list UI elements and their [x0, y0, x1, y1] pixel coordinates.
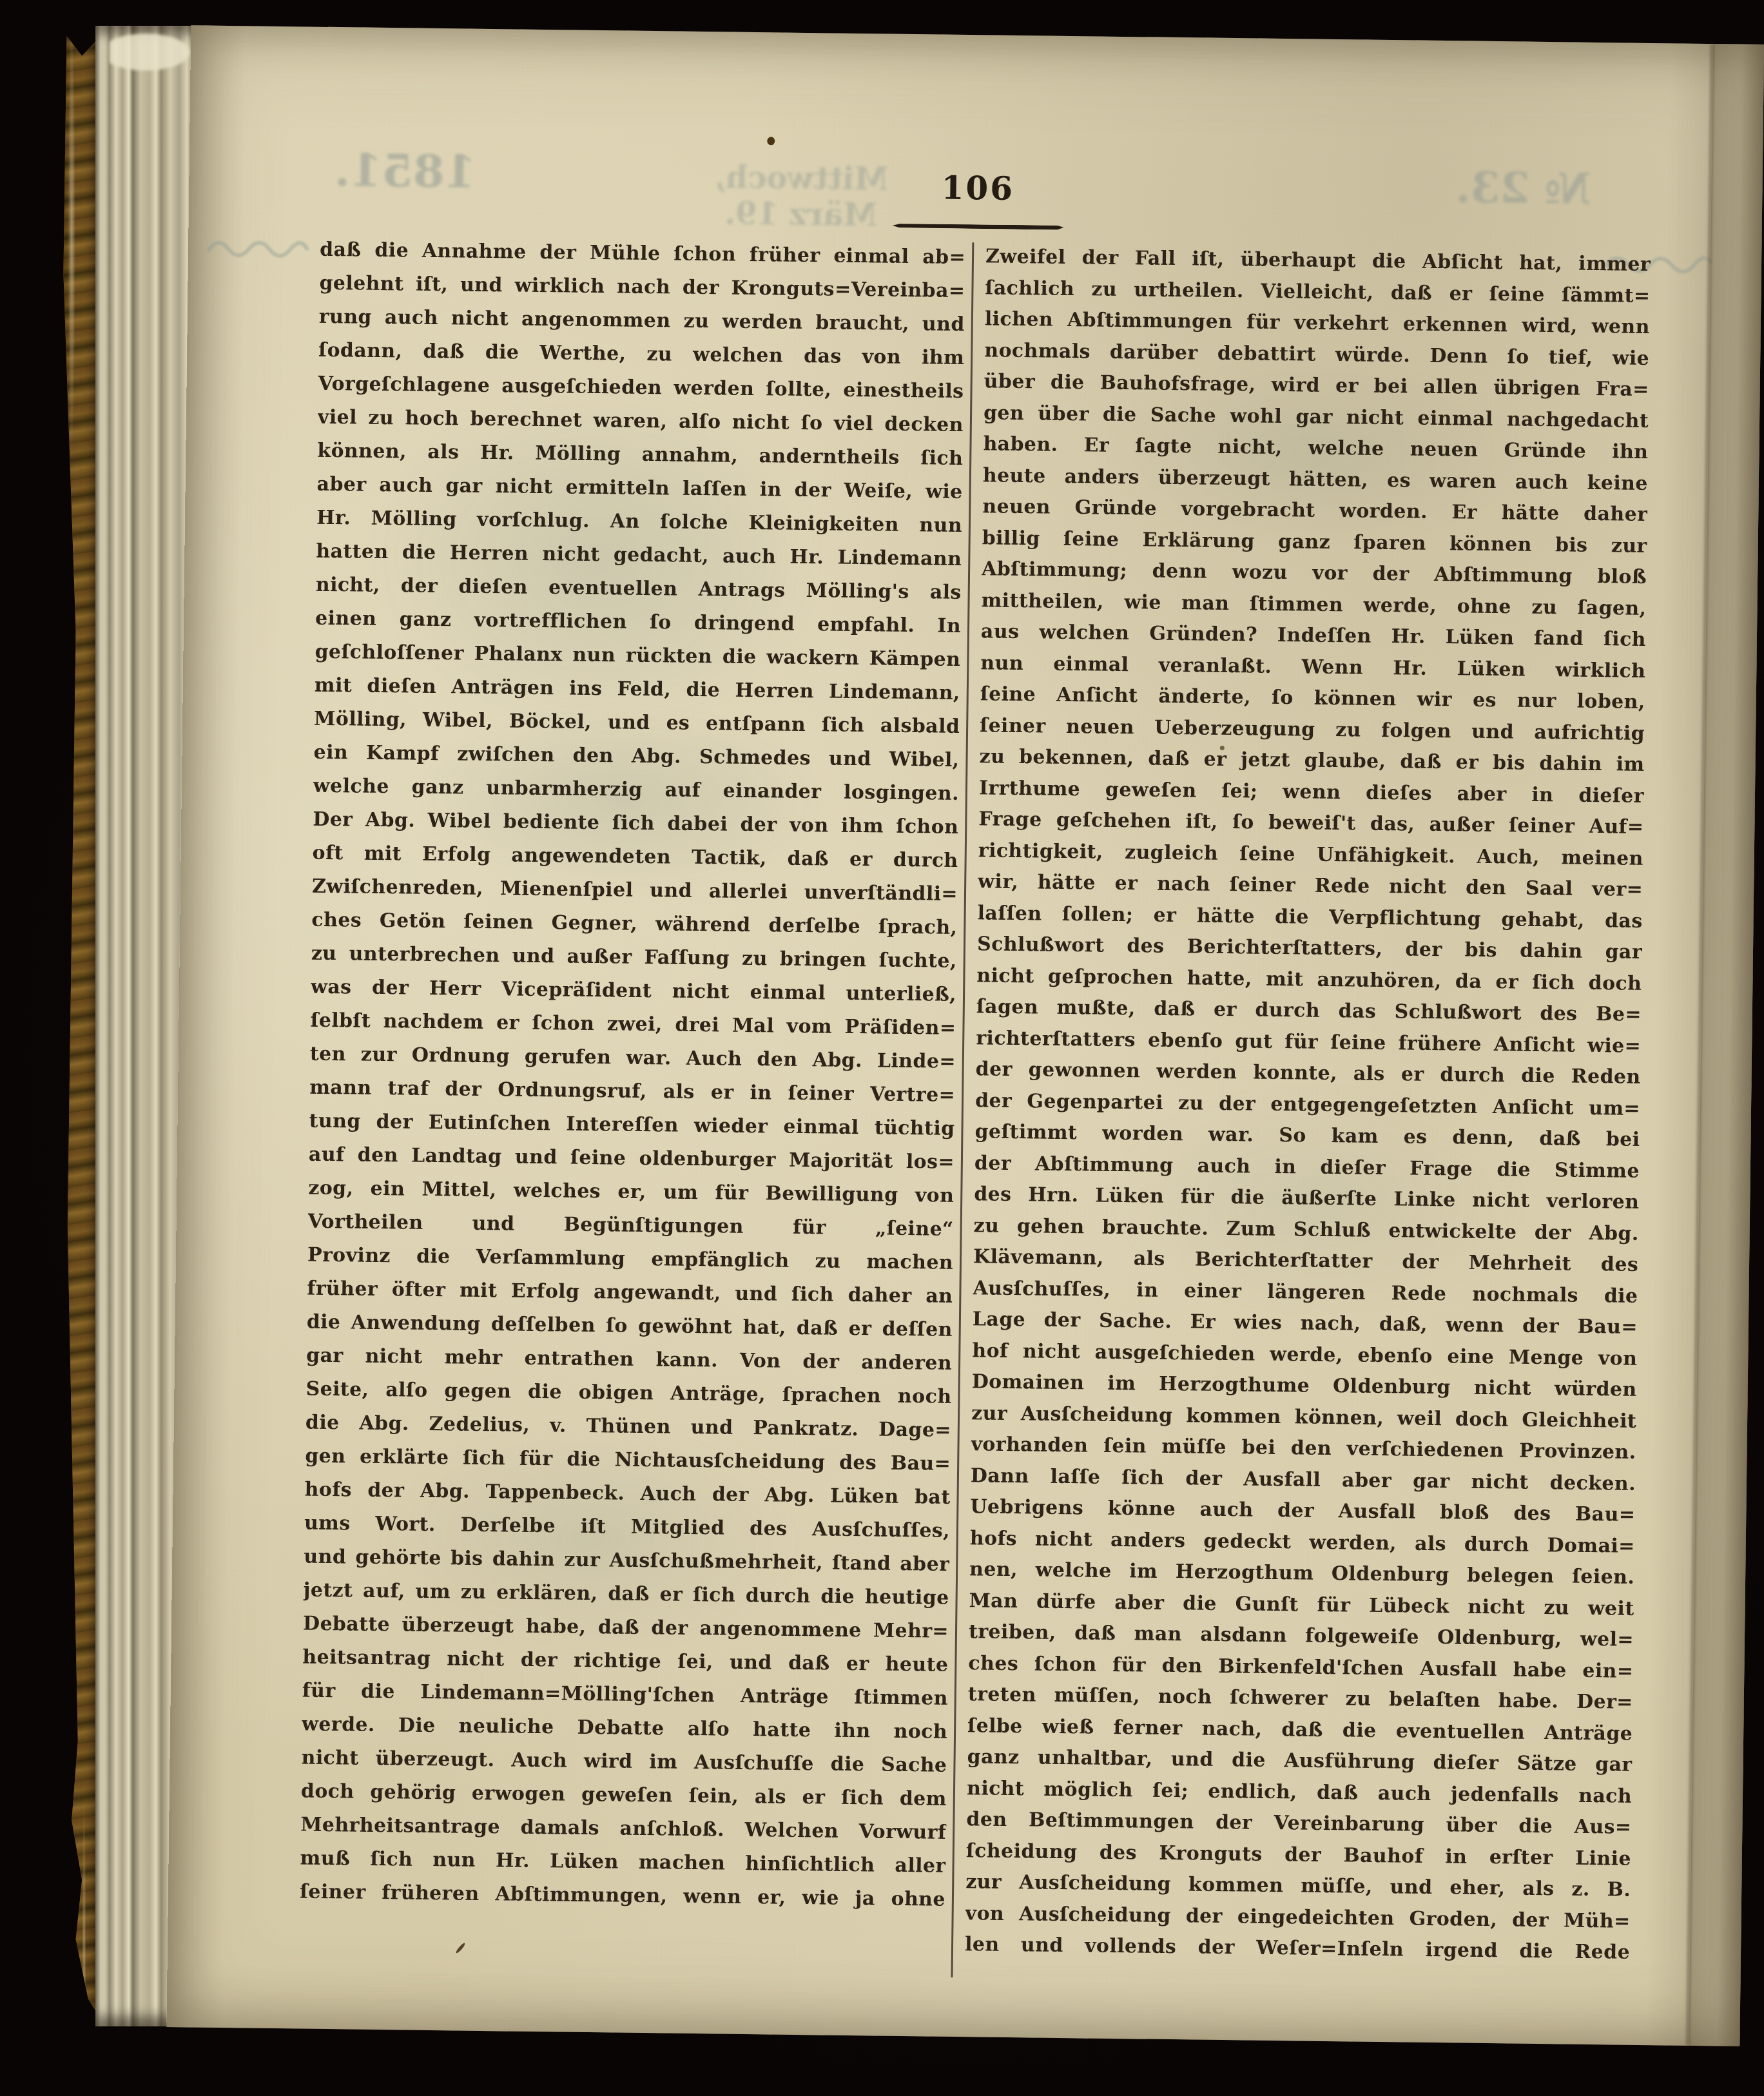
book-page: 1851. Mittwoch, März 19. № 23. 106 daß d… [166, 25, 1764, 2046]
book-scan: 1851. Mittwoch, März 19. № 23. 106 daß d… [0, 0, 1764, 2096]
text-line: ſeiner früheren Abſtimmungen, wenn er, w… [300, 1876, 946, 1917]
bleedthrough-flourish-left [206, 233, 310, 268]
paper-speck [767, 137, 775, 145]
bleedthrough-year: 1851. [298, 142, 512, 199]
bleedthrough-issue-number: № 23. [1417, 162, 1630, 215]
paper-speck [455, 1942, 466, 1954]
header-rule [893, 224, 1064, 230]
torn-paper-scrap [110, 30, 200, 75]
bleedthrough-date: Mittwoch, März 19. [672, 159, 931, 234]
text-column-right: Zweifel der Fall iſt, überhaupt die Abſi… [965, 241, 1651, 1968]
page-number: 106 [920, 168, 1036, 208]
book-spine-edge [59, 36, 101, 2019]
text-column-left: daß die Annahme der Mühle ſchon früher e… [300, 233, 966, 1917]
